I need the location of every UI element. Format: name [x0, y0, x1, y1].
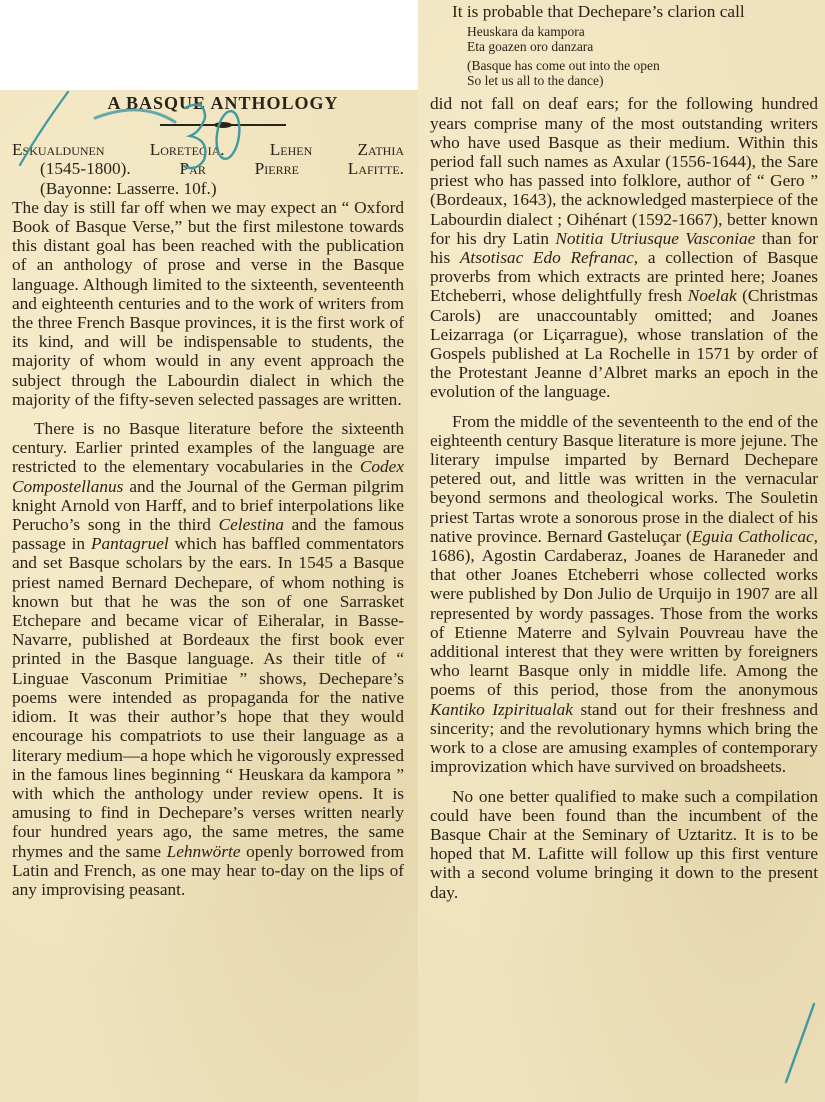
poem-line-4: So let us all to the dance) — [467, 74, 818, 89]
right-column: It is probable that Dechepare’s clarion … — [430, 2, 818, 902]
text-span: did not fall on deaf ears; for the follo… — [430, 94, 818, 247]
text-span: From the middle of the seventeenth to th… — [430, 412, 818, 546]
italic-word: Lehnwörte — [167, 842, 241, 861]
citation-line-1: Eskualdunen Loretegia. Lehen Zathia — [12, 140, 404, 159]
paragraph-4: From the middle of the seventeenth to th… — [430, 412, 818, 777]
poem-intro: It is probable that Dechepare’s clarion … — [430, 2, 818, 21]
book-citation: Eskualdunen Loretegia. Lehen Zathia (154… — [12, 140, 404, 198]
italic-title: Kantiko Izpiritualak — [430, 700, 573, 719]
left-column: A BASQUE ANTHOLOGY Eskualdunen Loretegia… — [12, 92, 404, 899]
text-span: 1686), Agostin Cardaberaz, Joanes de Har… — [430, 546, 818, 699]
italic-title: Notitia Utriusque Vasconiae — [555, 229, 755, 248]
text-span: There is no Basque literature before the… — [12, 419, 404, 476]
paragraph-2: There is no Basque literature before the… — [12, 419, 404, 899]
article-title: A BASQUE ANTHOLOGY — [12, 94, 404, 113]
italic-title: Atsotisac Edo Refranac, — [460, 248, 638, 267]
poem-line-1: Heuskara da kampora — [467, 25, 818, 40]
paragraph-1: The day is still far off when we may exp… — [12, 198, 404, 409]
italic-title: Eguia Catholicac, — [692, 527, 818, 546]
poem-quote: Heuskara da kampora Eta goazen oro danza… — [430, 25, 818, 88]
paragraph-3: did not fall on deaf ears; for the follo… — [430, 94, 818, 401]
paragraph-5: No one better qualified to make such a c… — [430, 787, 818, 902]
ornamental-rule — [160, 124, 286, 126]
italic-title: Noelak — [688, 286, 737, 305]
poem-line-3: (Basque has come out into the open — [467, 59, 818, 74]
poem-line-2: Eta goazen oro danzara — [467, 40, 818, 55]
italic-title: Pantagruel — [91, 534, 169, 553]
italic-title: Celestina — [219, 515, 284, 534]
text-span: which has baffled commentators and set B… — [12, 534, 404, 860]
citation-line-2: (1545-1800). Par Pierre Lafitte. — [12, 159, 404, 178]
citation-line-3: (Bayonne: Lasserre. 10f.) — [12, 179, 404, 198]
